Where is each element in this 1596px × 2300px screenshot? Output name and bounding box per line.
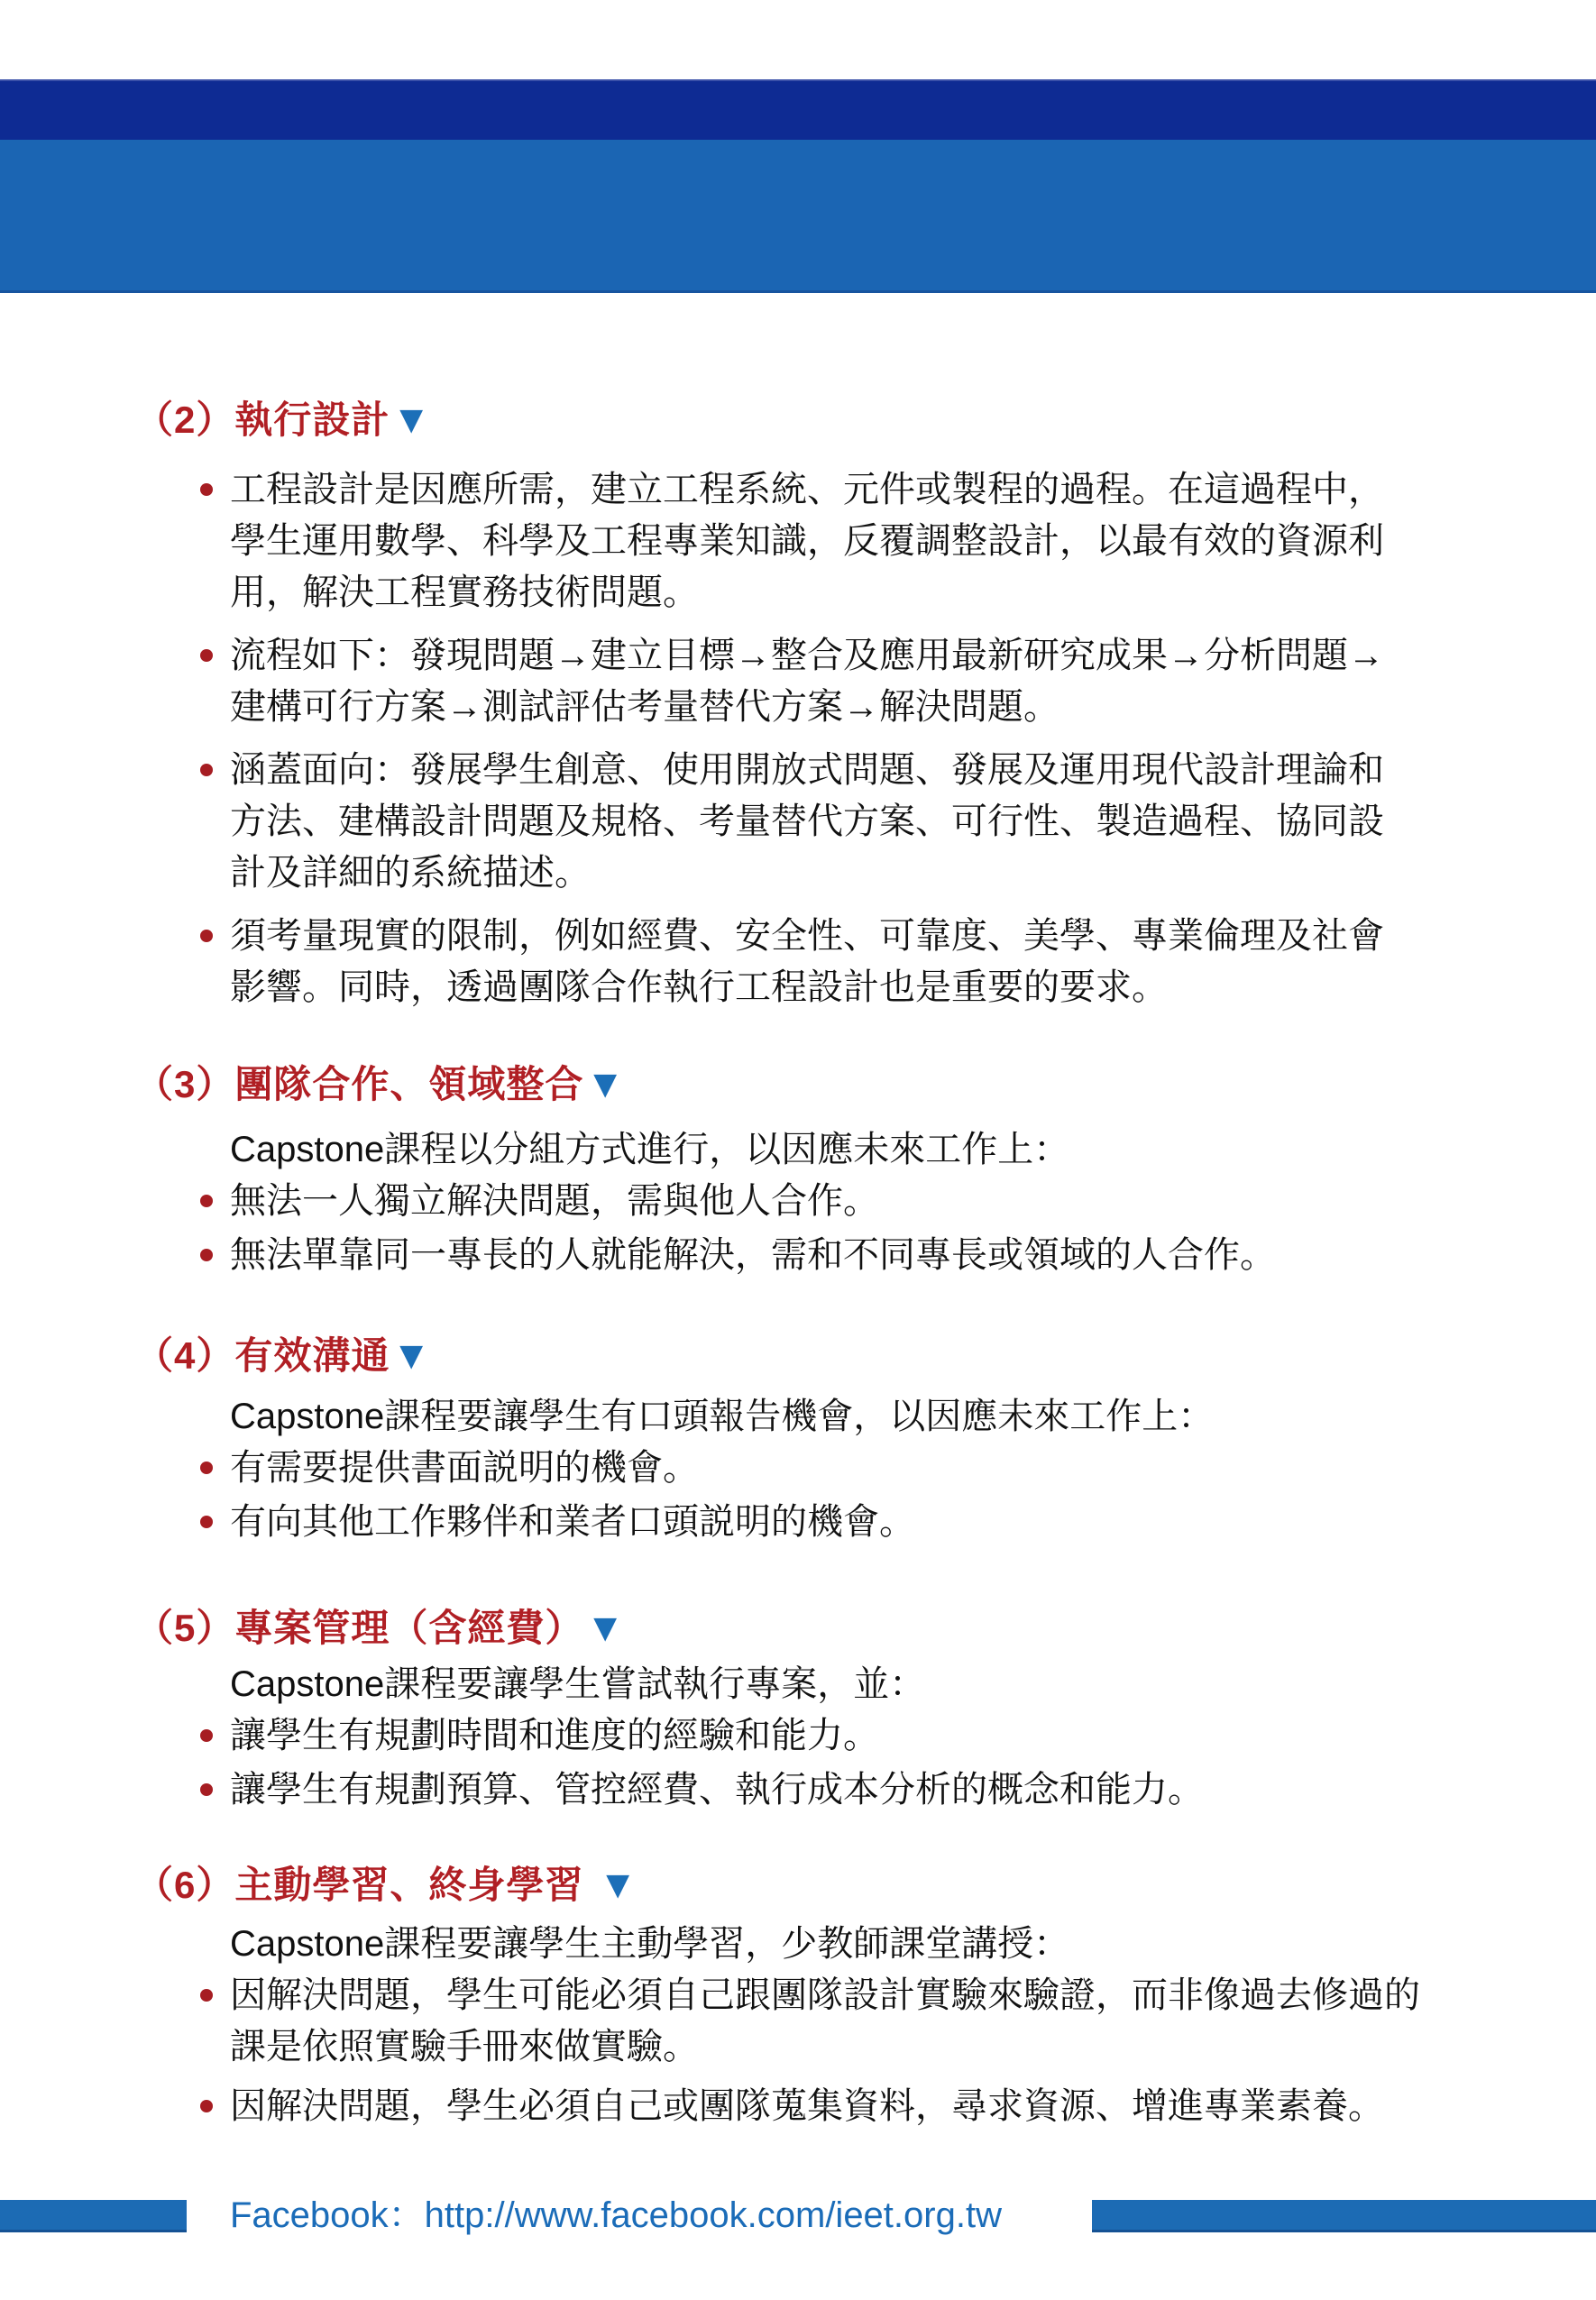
list-item-text: 讓學生有規劃時間和進度的經驗和能力。 — [230, 1716, 879, 1755]
section-heading: （3）團隊合作、領域整合▼ — [135, 1064, 1479, 1105]
list-item-text: 須考量現實的限制，例如經費、安全性、可靠度、美學、專業倫理及社會 影響。同時，透… — [230, 916, 1384, 1007]
bullet-icon — [200, 1783, 213, 1796]
bullet-icon — [200, 930, 213, 942]
list-item-text: 流程如下：發現問題→建立目標→整合及應用最新研究成果→分析問題→ 建構可行方案→… — [230, 636, 1384, 727]
list-item: 無法單靠同一專長的人就能解決，需和不同專長或領域的人合作。 — [230, 1230, 1479, 1281]
bullet-list: 工程設計是因應所需，建立工程系統、元件或製程的過程。在這過程中， 學生運用數學、… — [135, 464, 1479, 1013]
list-item: 讓學生有規劃預算、管控經費、執行成本分析的概念和能力。 — [230, 1764, 1479, 1816]
section-intro: Capstone課程要讓學生嘗試執行專案，並： — [230, 1659, 1479, 1710]
list-item-text: 涵蓋面向：發展學生創意、使用開放式問題、發展及運用現代設計理論和 方法、建構設計… — [230, 750, 1384, 893]
list-item-text: 無法單靠同一專長的人就能解決，需和不同專長或領域的人合作。 — [230, 1235, 1276, 1275]
bullet-icon — [200, 1195, 213, 1207]
list-item: 有需要提供書面説明的機會。 — [230, 1443, 1479, 1494]
bullet-icon — [200, 1462, 213, 1474]
triangle-down-icon: ▼ — [598, 1863, 638, 1907]
bullet-icon — [200, 1729, 213, 1742]
list-item: 無法一人獨立解決問題，需與他人合作。 — [230, 1176, 1479, 1227]
bullet-list: 有需要提供書面説明的機會。 有向其他工作夥伴和業者口頭説明的機會。 — [135, 1443, 1479, 1548]
list-item-text: 有向其他工作夥伴和業者口頭説明的機會。 — [230, 1502, 915, 1542]
section-heading-label: （4）有效溝通 — [135, 1334, 390, 1377]
section-effective-communication: （4）有效溝通▼ Capstone課程要讓學生有口頭報告機會，以因應未來工作上：… — [135, 1335, 1479, 1551]
list-item-text: 工程設計是因應所需，建立工程系統、元件或製程的過程。在這過程中， 學生運用數學、… — [230, 470, 1384, 612]
bullet-icon — [200, 483, 213, 496]
triangle-down-icon: ▼ — [391, 398, 432, 442]
bullet-icon — [200, 1989, 213, 2002]
list-item: 因解決問題，學生可能必須自己跟團隊設計實驗來驗證，而非像過去修過的 課是依照實驗… — [230, 1970, 1479, 2073]
triangle-down-icon: ▼ — [585, 1606, 626, 1650]
bullet-icon — [200, 1249, 213, 1261]
section-heading-label: （3）團隊合作、領域整合 — [135, 1063, 583, 1105]
bullet-list: 讓學生有規劃時間和進度的經驗和能力。 讓學生有規劃預算、管控經費、執行成本分析的… — [135, 1710, 1479, 1816]
facebook-link[interactable]: Facebook：http://www.facebook.com/ieet.or… — [230, 2195, 1002, 2236]
document-page: （2）執行設計▼ 工程設計是因應所需，建立工程系統、元件或製程的過程。在這過程中… — [0, 0, 1596, 2300]
section-project-management: （5）專案管理（含經費）▼ Capstone課程要讓學生嘗試執行專案，並： 讓學… — [135, 1608, 1479, 1819]
list-item-text: 無法一人獨立解決問題，需與他人合作。 — [230, 1181, 879, 1221]
section-heading: （6）主動學習、終身學習▼ — [135, 1865, 1479, 1906]
section-design-execution: （2）執行設計▼ 工程設計是因應所需，建立工程系統、元件或製程的過程。在這過程中… — [135, 399, 1479, 1025]
section-teamwork-integration: （3）團隊合作、領域整合▼ Capstone課程以分組方式進行，以因應未來工作上… — [135, 1064, 1479, 1284]
triangle-down-icon: ▼ — [391, 1333, 432, 1378]
section-heading-label: （5）專案管理（含經費） — [135, 1607, 583, 1649]
footer-left-bar — [0, 2200, 187, 2232]
list-item-text: 因解決問題，學生必須自己或團隊蒐集資料，尋求資源、增進專業素養。 — [230, 2086, 1384, 2126]
list-item-text: 讓學生有規劃預算、管控經費、執行成本分析的概念和能力。 — [230, 1770, 1204, 1810]
bullet-icon — [200, 2100, 213, 2112]
list-item: 工程設計是因應所需，建立工程系統、元件或製程的過程。在這過程中， 學生運用數學、… — [230, 464, 1479, 619]
section-heading: （2）執行設計▼ — [135, 399, 1479, 441]
bullet-list: 因解決問題，學生可能必須自己跟團隊設計實驗來驗證，而非像過去修過的 課是依照實驗… — [135, 1970, 1479, 2132]
section-heading: （4）有效溝通▼ — [135, 1335, 1479, 1377]
list-item: 涵蓋面向：發展學生創意、使用開放式問題、發展及運用現代設計理論和 方法、建構設計… — [230, 745, 1479, 899]
section-intro: Capstone課程以分組方式進行，以因應未來工作上： — [230, 1124, 1479, 1176]
top-blue-band — [0, 140, 1596, 293]
footer-right-bar — [1092, 2200, 1596, 2232]
bullet-icon — [200, 649, 213, 662]
bullet-icon — [200, 764, 213, 776]
section-intro: Capstone課程要讓學生有口頭報告機會，以因應未來工作上： — [230, 1391, 1479, 1443]
list-item-text: 因解決問題，學生可能必須自己跟團隊設計實驗來驗證，而非像過去修過的 課是依照實驗… — [230, 1975, 1420, 2066]
section-active-lifelong-learning: （6）主動學習、終身學習▼ Capstone課程要讓學生主動學習，少教師課堂講授… — [135, 1865, 1479, 2140]
bullet-icon — [200, 1516, 213, 1528]
section-intro: Capstone課程要讓學生主動學習，少教師課堂講授： — [230, 1919, 1479, 1970]
list-item-text: 有需要提供書面説明的機會。 — [230, 1448, 699, 1488]
bullet-list: 無法一人獨立解決問題，需與他人合作。 無法單靠同一專長的人就能解決，需和不同專長… — [135, 1176, 1479, 1281]
section-heading: （5）專案管理（含經費）▼ — [135, 1608, 1479, 1649]
list-item: 流程如下：發現問題→建立目標→整合及應用最新研究成果→分析問題→ 建構可行方案→… — [230, 630, 1479, 733]
section-heading-label: （2）執行設計 — [135, 399, 390, 441]
section-heading-label: （6）主動學習、終身學習 — [135, 1864, 583, 1906]
list-item: 有向其他工作夥伴和業者口頭説明的機會。 — [230, 1497, 1479, 1548]
list-item: 須考量現實的限制，例如經費、安全性、可靠度、美學、專業倫理及社會 影響。同時，透… — [230, 911, 1479, 1013]
triangle-down-icon: ▼ — [585, 1062, 626, 1106]
top-navy-bar — [0, 79, 1596, 140]
list-item: 因解決問題，學生必須自己或團隊蒐集資料，尋求資源、增進專業素養。 — [230, 2081, 1479, 2132]
list-item: 讓學生有規劃時間和進度的經驗和能力。 — [230, 1710, 1479, 1762]
